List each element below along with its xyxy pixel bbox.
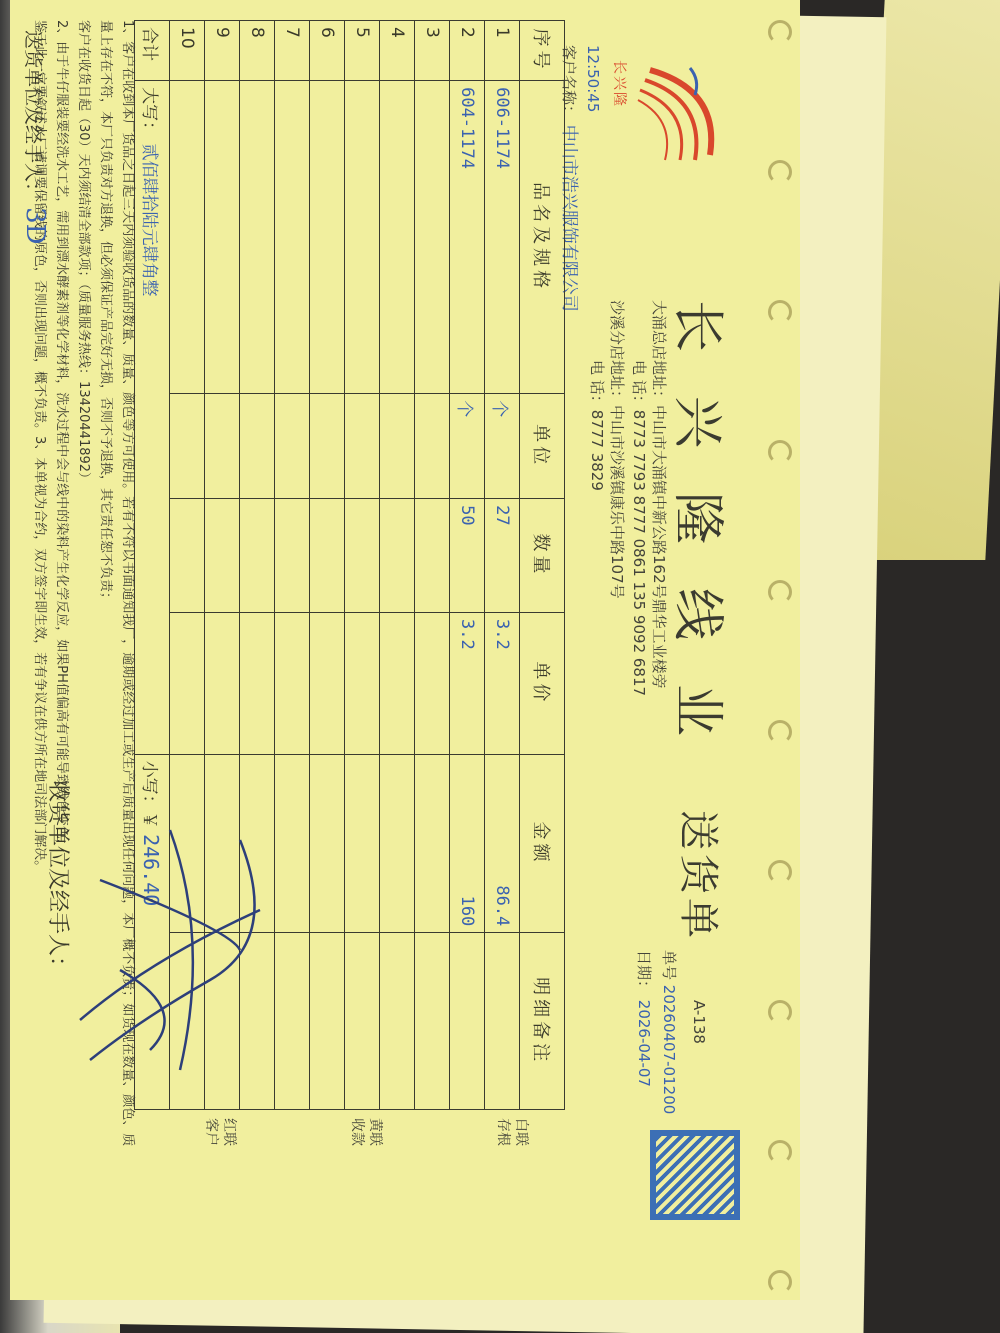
note-3: 2、由于牛仔服装要经洗水工艺，需用到漂水酵素剂等化学材料，洗水过程中会与线中的染… bbox=[50, 20, 72, 1150]
capital-amount: 贰佰肆拾陆元肆角整 bbox=[140, 144, 160, 297]
copy-labels: 白联存根 黄联收款 红联客户 bbox=[202, 1118, 550, 1158]
address-branch: 沙溪分店地址：中山市沙溪镇康乐中路107号 bbox=[607, 300, 628, 599]
col-no: 序号 bbox=[520, 21, 565, 81]
capital-label: 大写： bbox=[140, 87, 160, 138]
col-price: 单价 bbox=[520, 613, 565, 755]
col-note: 明细备注 bbox=[520, 933, 565, 1110]
copy-white: 白联存根 bbox=[494, 1118, 530, 1158]
date-label: 日期： bbox=[635, 950, 653, 995]
col-amount: 金额 bbox=[520, 754, 565, 933]
document-type: 送货单 bbox=[673, 810, 730, 942]
col-item: 品名及规格 bbox=[520, 81, 565, 394]
table-row: 4 bbox=[380, 21, 415, 1110]
total-label: 合计 bbox=[135, 21, 170, 81]
perforation-holes bbox=[762, 0, 792, 1300]
table-row: 2 604-1174 个 50 3.2 160 bbox=[450, 21, 485, 1110]
print-time: 12:50:45 bbox=[584, 45, 602, 112]
table-row: 7 bbox=[275, 21, 310, 1110]
table-row: 1 606-1174 个 27 3.2 86.4 bbox=[485, 21, 520, 1110]
phone-branch: 电 话：8777 3829 bbox=[587, 360, 608, 491]
company-logo-icon bbox=[630, 60, 730, 170]
copy-yellow: 黄联收款 bbox=[348, 1118, 384, 1158]
sender-mark: 3D bbox=[20, 207, 50, 244]
doc-no-label: 单号 bbox=[660, 950, 678, 980]
table-row: 5 bbox=[345, 21, 380, 1110]
sender-label: 送货单位及经手人： bbox=[22, 30, 44, 201]
col-qty: 数量 bbox=[520, 499, 565, 613]
qr-code-icon bbox=[650, 1130, 740, 1220]
small-label: 小写：￥ bbox=[140, 761, 160, 829]
logo-text: 长兴隆 bbox=[610, 60, 630, 108]
col-unit: 单位 bbox=[520, 394, 565, 499]
sender-signature-area: 送货单位及经手人： 3D bbox=[20, 30, 50, 244]
delivery-note: 长兴隆 长兴隆线业 送货单 大涌总店地址：中山市大涌镇中新公路162号鼎华工业楼… bbox=[10, 0, 800, 1300]
handwritten-signature bbox=[70, 820, 270, 1080]
table-row: 6 bbox=[310, 21, 345, 1110]
address-main: 大涌总店地址：中山市大涌镇中新公路162号鼎华工业楼旁 bbox=[649, 300, 670, 689]
table-header: 序号 品名及规格 单位 数量 单价 金额 明细备注 bbox=[520, 21, 565, 1110]
phone-main: 电 话：8773 7793 8777 0861 135 9092 6817 bbox=[629, 360, 650, 696]
doc-no: 20260407-01200 bbox=[660, 985, 678, 1114]
copy-red: 红联客户 bbox=[202, 1118, 238, 1158]
date-value: 2026-04-07 bbox=[635, 1000, 653, 1087]
table-row: 3 bbox=[415, 21, 450, 1110]
company-name: 长兴隆线业 bbox=[665, 300, 740, 780]
form-code: A-138 bbox=[690, 1000, 708, 1044]
